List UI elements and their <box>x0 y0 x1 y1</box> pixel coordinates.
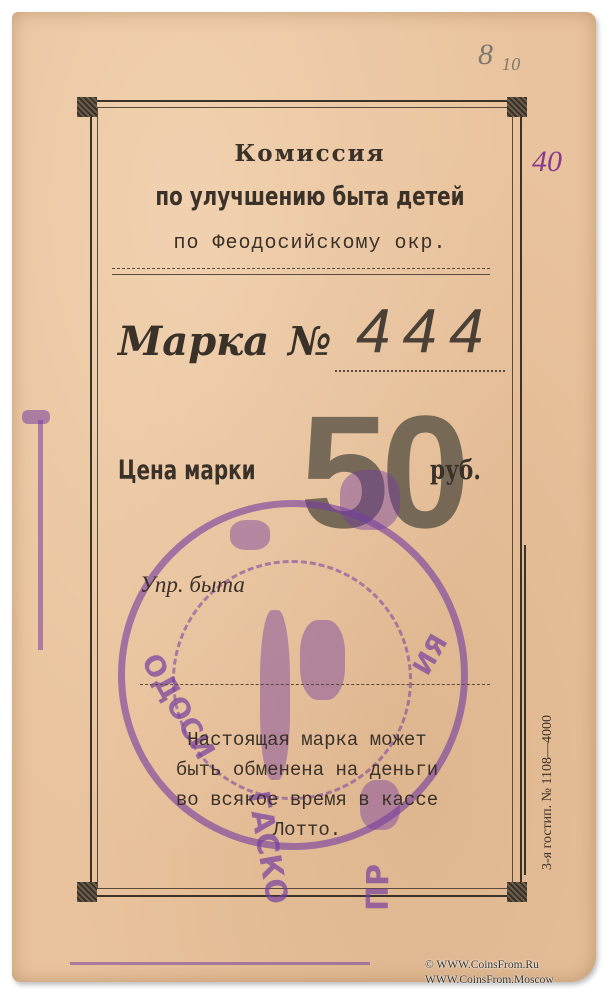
corner-ornament-tl <box>77 97 97 117</box>
corner-ornament-br <box>507 882 527 902</box>
pencil-annotation: 8 ₁₀ <box>478 38 521 72</box>
notice-line: Настоящая марка может <box>112 725 502 755</box>
price-label: Цена марки <box>118 455 256 486</box>
ink-annotation: 40 <box>532 145 562 179</box>
price-unit: руб. <box>430 455 481 486</box>
serial-number: 444 <box>356 296 495 367</box>
seal-text-fragment: ПР <box>361 864 396 911</box>
header-divider-2 <box>112 274 490 275</box>
signature-divider <box>140 684 490 685</box>
corner-ornament-tr <box>507 97 527 117</box>
watermark-line: WWW.CoinsFrom.Moscow <box>425 973 554 988</box>
header-subtitle: по улучшению быта детей <box>136 182 485 212</box>
header-title: Комиссия <box>110 140 510 167</box>
notice-line: во всякое время в кассе <box>112 785 502 815</box>
number-sign: № <box>288 318 331 365</box>
number-underline <box>335 370 505 372</box>
seal-ink-blob <box>340 470 400 530</box>
left-edge-seal-ink <box>22 410 50 424</box>
signature-label: Упр. быта <box>140 572 245 598</box>
corner-ornament-bl <box>77 882 97 902</box>
seal-ink-blob <box>230 520 270 550</box>
notice-text: Настоящая марка может быть обменена на д… <box>112 725 502 845</box>
seal-ink-blob <box>300 620 345 700</box>
printer-note-rule <box>524 545 526 875</box>
bottom-seal-line <box>70 962 370 965</box>
printer-note: 3-я гостип. № 1108—4000 <box>540 715 556 870</box>
watermark-line: © WWW.CoinsFrom.Ru <box>425 958 554 973</box>
left-edge-seal-ink-line <box>38 420 43 650</box>
header-divider <box>112 268 490 269</box>
notice-line: быть обменена на деньги <box>112 755 502 785</box>
watermark: © WWW.CoinsFrom.Ru WWW.CoinsFrom.Moscow <box>425 958 554 988</box>
header-district: по Феодосийскому окр. <box>110 232 510 255</box>
notice-line: Лотто. <box>112 815 502 845</box>
stamp-label: Марка <box>118 318 269 365</box>
